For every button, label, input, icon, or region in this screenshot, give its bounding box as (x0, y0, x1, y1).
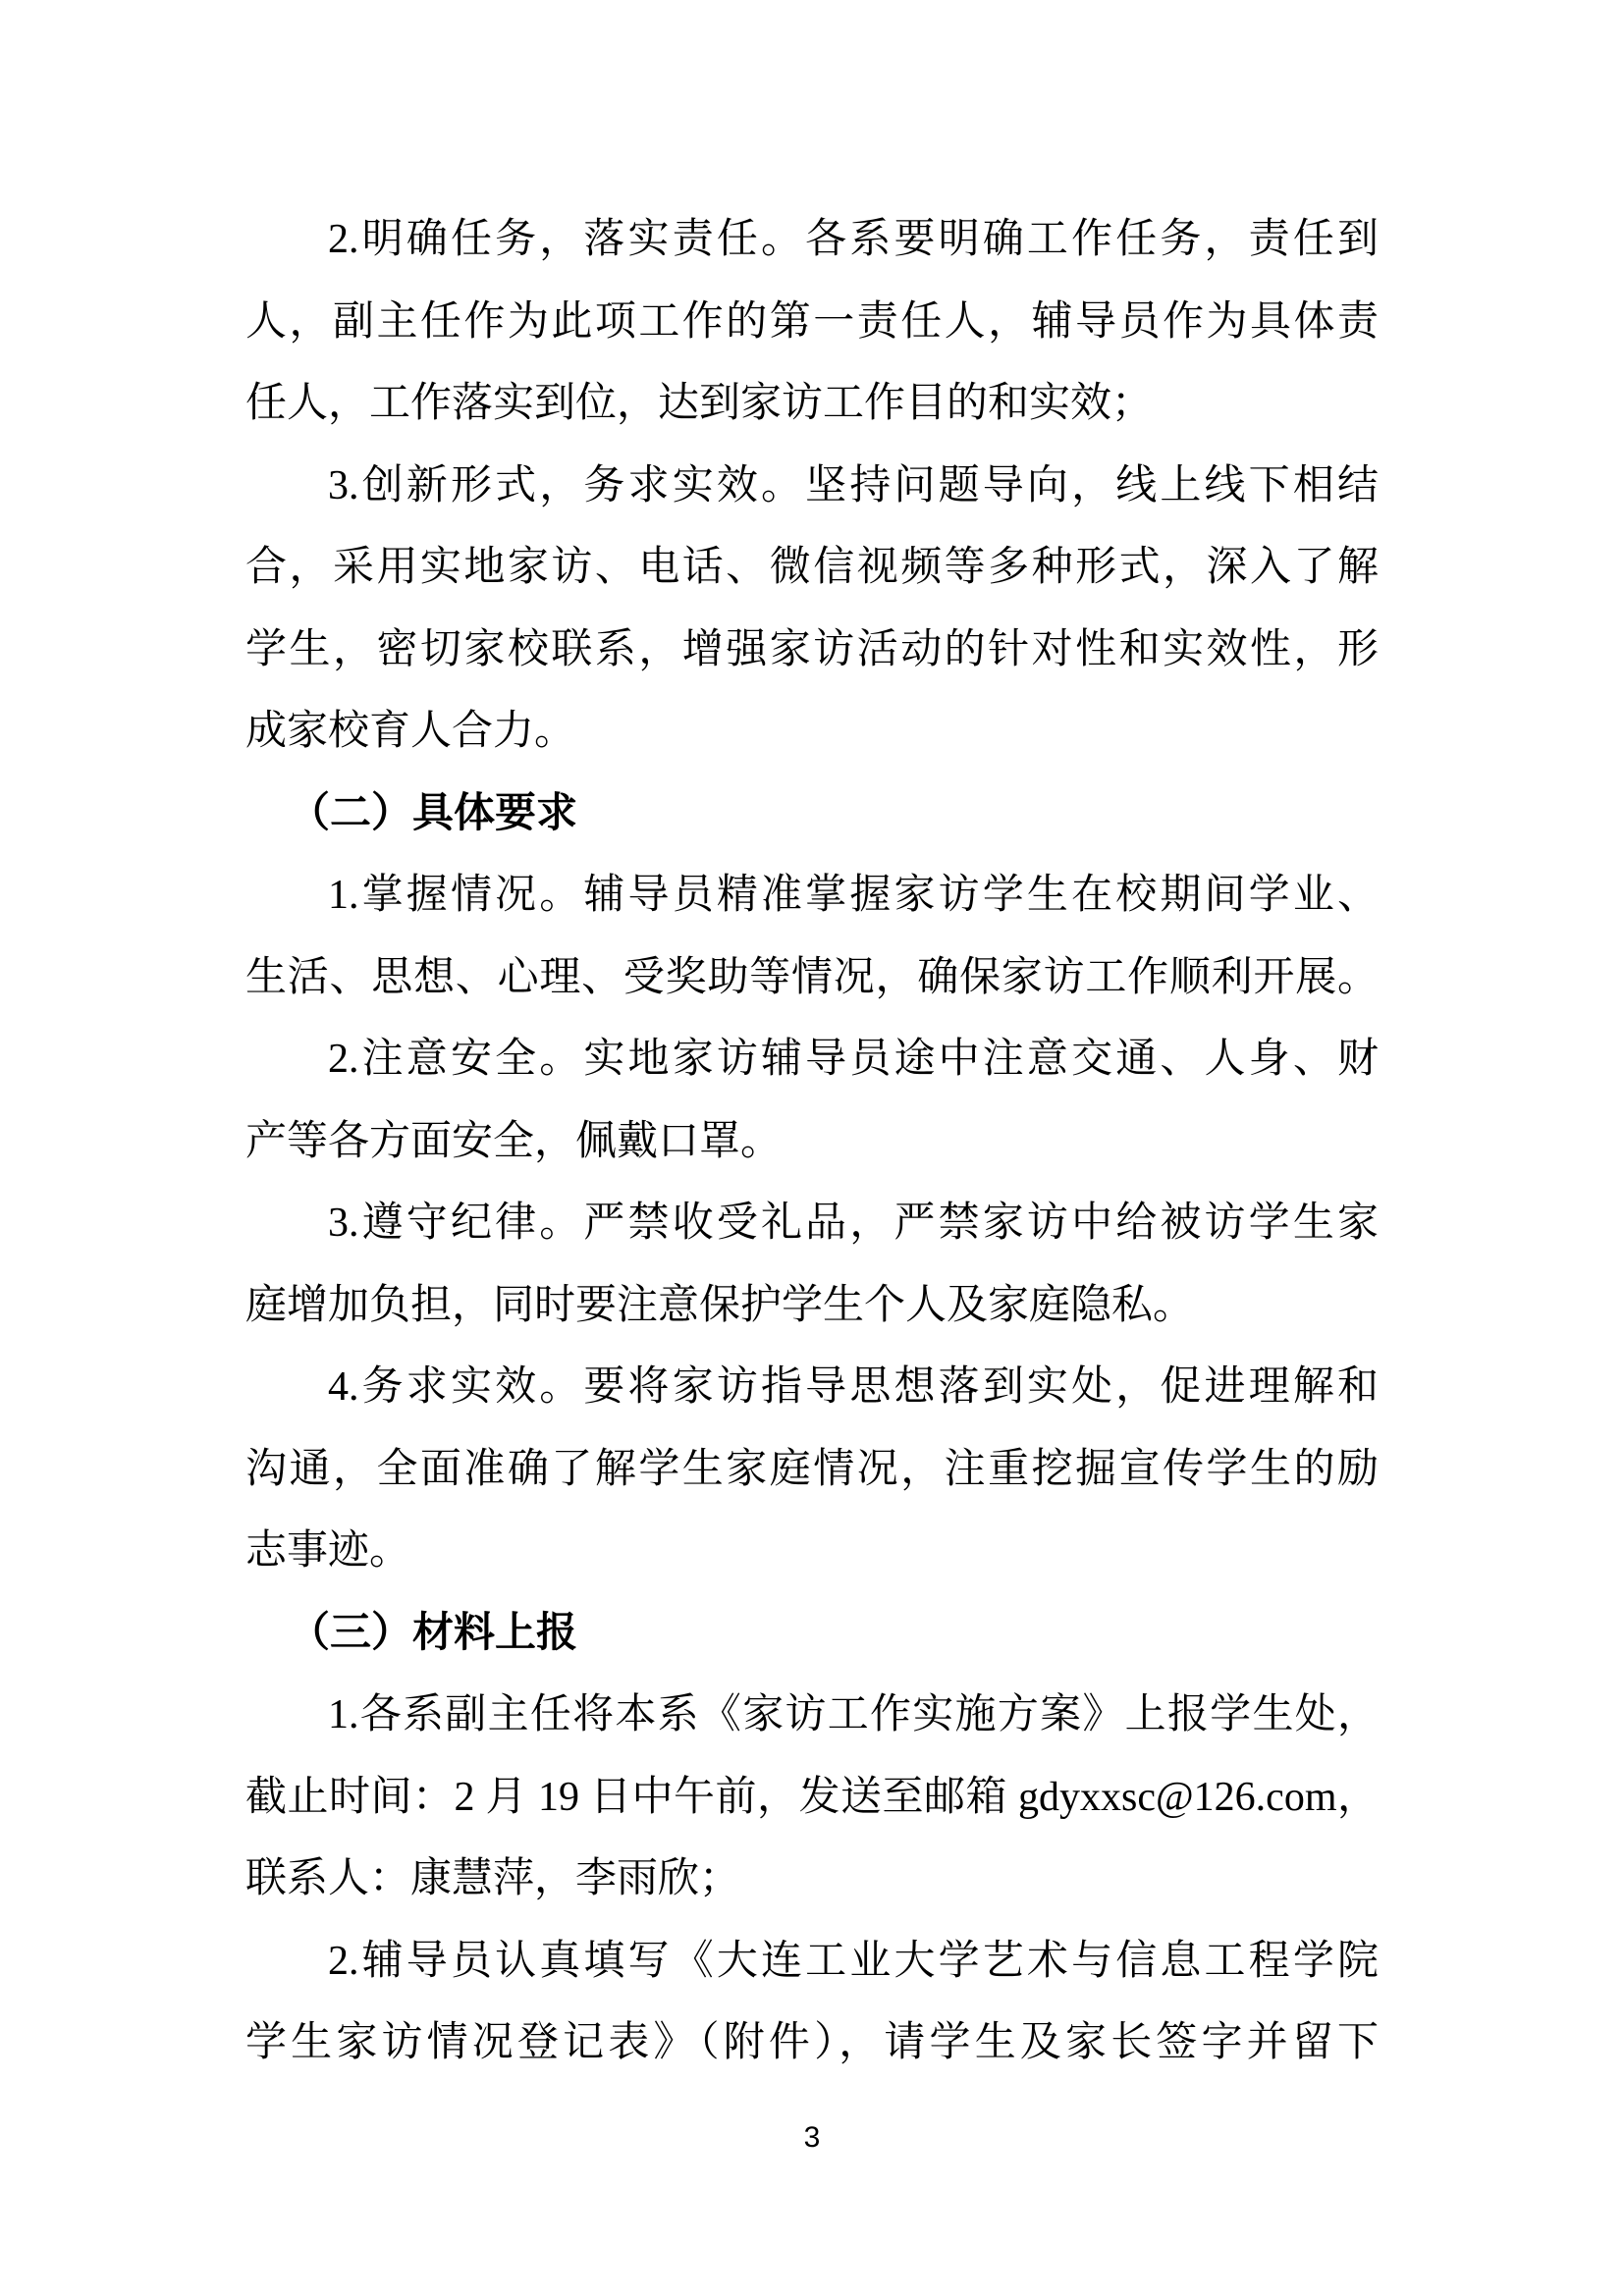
document-line: 4.务求实效。要将家访指导思想落到实处，促进理解和 (245, 1347, 1379, 1429)
document-line: 志事迹。 (245, 1511, 1379, 1593)
document-line: 成家校育人合力。 (245, 691, 1379, 774)
document-line: 生活、思想、心理、受奖助等情况，确保家访工作顺利开展。 (245, 937, 1379, 1020)
document-line: 截止时间：2 月 19 日中午前，发送至邮箱 gdyxxsc@126.com， (245, 1757, 1379, 1840)
document-line: 人，副主任作为此项工作的第一责任人，辅导员作为具体责 (245, 282, 1379, 364)
document-line: 1.各系副主任将本系《家访工作实施方案》上报学生处， (245, 1675, 1379, 1757)
document-line: 学生，密切家校联系，增强家访活动的针对性和实效性，形 (245, 610, 1379, 692)
document-line: 2.辅导员认真填写《大连工业大学艺术与信息工程学院 (245, 1921, 1379, 2003)
document-line: 庭增加负担，同时要注意保护学生个人及家庭隐私。 (245, 1265, 1379, 1348)
document-page: 2.明确任务，落实责任。各系要明确工作任务，责任到 人，副主任作为此项工作的第一… (0, 0, 1624, 2296)
section-heading: （二）具体要求 (245, 774, 1379, 856)
document-line: 合，采用实地家访、电话、微信视频等多种形式，深入了解 (245, 527, 1379, 610)
section-heading: （三）材料上报 (245, 1593, 1379, 1676)
document-line: 任人，工作落实到位，达到家访工作目的和实效； (245, 363, 1379, 446)
document-line: 1.掌握情况。辅导员精准掌握家访学生在校期间学业、 (245, 855, 1379, 937)
document-line: 学生家访情况登记表》（附件），请学生及家长签字并留下 (245, 2002, 1379, 2085)
document-body: 2.明确任务，落实责任。各系要明确工作任务，责任到 人，副主任作为此项工作的第一… (245, 199, 1379, 2085)
document-line: 2.注意安全。实地家访辅导员途中注意交通、人身、财 (245, 1019, 1379, 1101)
document-line: 2.明确任务，落实责任。各系要明确工作任务，责任到 (245, 199, 1379, 282)
document-line: 3.创新形式，务求实效。坚持问题导向，线上线下相结 (245, 446, 1379, 528)
document-line: 沟通，全面准确了解学生家庭情况，注重挖掘宣传学生的励 (245, 1429, 1379, 1512)
document-line: 联系人：康慧萍，李雨欣； (245, 1839, 1379, 1921)
page-number: 3 (0, 2121, 1624, 2155)
document-line: 3.遵守纪律。严禁收受礼品，严禁家访中给被访学生家 (245, 1183, 1379, 1265)
document-line: 产等各方面安全，佩戴口罩。 (245, 1101, 1379, 1184)
